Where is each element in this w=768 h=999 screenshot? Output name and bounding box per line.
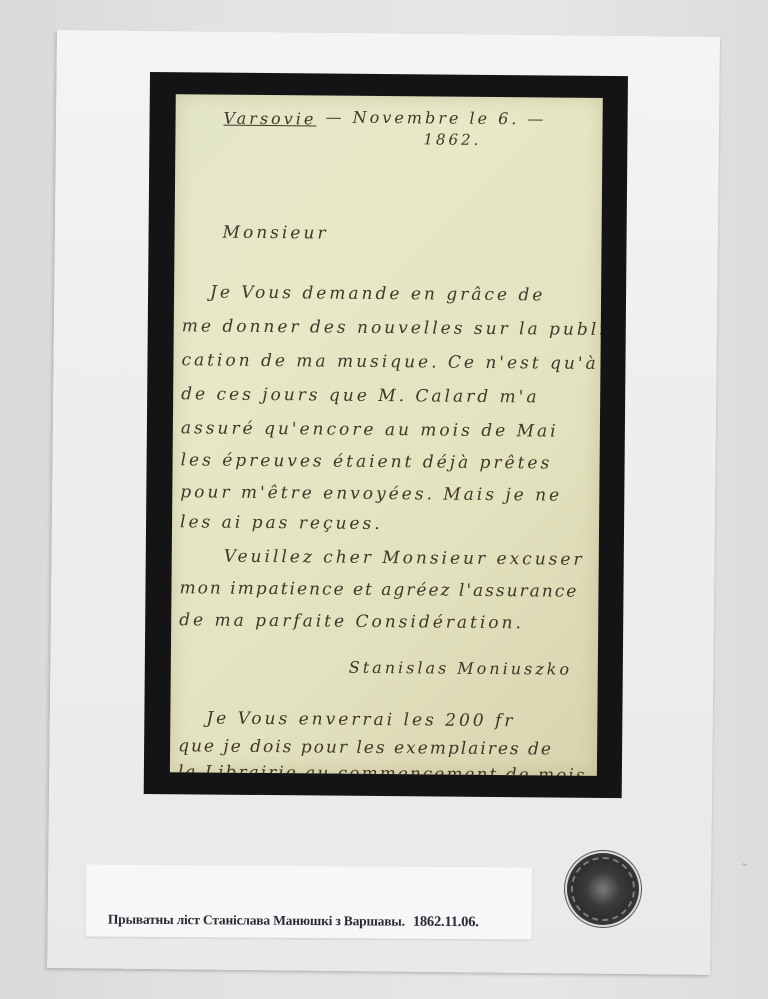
letter-body-line: mon impatience et agréez l'assurance [179,578,578,601]
letter-body-line: les épreuves étaient déjà prêtes [181,450,553,473]
letter-body-line: de ces jours que M. Calard m'a [181,384,540,407]
letter-postscript-line: Je Vous enverrai les 200 fr [206,709,515,732]
caption-line: Прыватны ліст Станіслава Манюшкі з Варша… [108,912,479,932]
letter-year: 1862. [423,130,481,149]
letter-body-line: me donner des nouvelles sur la publi- [182,316,603,340]
caption-title: Прыватны ліст Станіслава Манюшкі з Варша… [108,912,405,929]
exhibit-caption-label: Прыватны ліст Станіслава Манюшкі з Варша… [86,864,532,939]
wall-mark: ~ [742,860,758,868]
letter-body-line: cation de ma musique. Ce n'est qu'à [181,350,598,374]
letter-body-line: Je Vous demande en grâce de [210,283,545,306]
letter-body-line: pour m'être envoyées. Mais je ne [180,482,562,505]
letter-body-line: de ma parfaite Considération. [179,610,524,633]
letter-salutation: Monsieur [223,223,329,244]
caption-date: 1862.11.06. [413,914,479,930]
letter-date: — Novembre le 6. — [326,108,547,129]
letter-body-line: Veuillez cher Monsieur excuser [224,547,585,570]
letter-body-line: les ai pas reçues. [180,512,383,534]
letter-postscript-line: que je dois pour les exemplaires de [178,736,553,759]
museum-seal-icon [565,851,641,927]
handwritten-letter: Varsovie — Novembre le 6. — 1862. Monsie… [170,94,603,776]
letter-frame: Varsovie — Novembre le 6. — 1862. Monsie… [144,72,628,798]
letter-postscript-line: la Librairie au commencement de mois [178,762,587,776]
letter-body-line: assuré qu'encore au mois de Mai [181,418,559,441]
letter-place: Varsovie [224,109,317,129]
letter-signature: Stanislas Moniuszko [349,658,572,679]
seal-emblem [586,872,620,906]
